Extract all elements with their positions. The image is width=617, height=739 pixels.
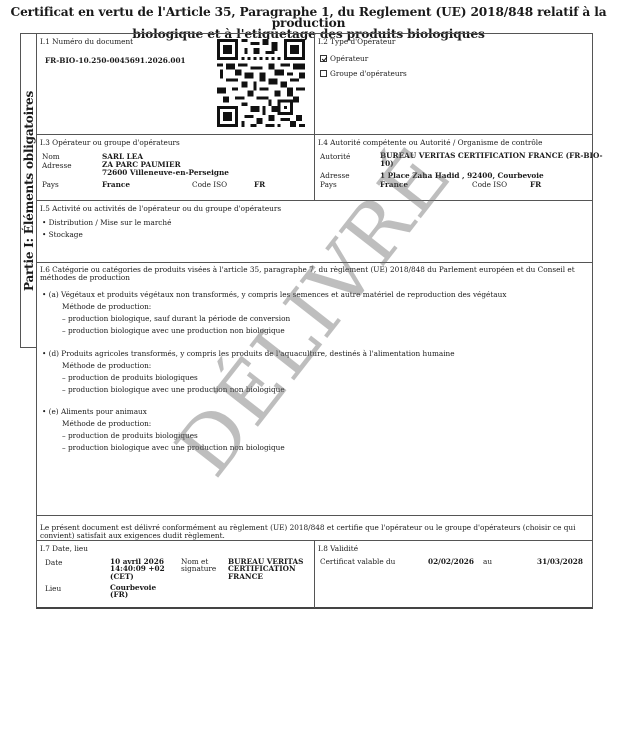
category-d-method-label: Méthode de production: (62, 361, 151, 370)
authority-name-line2: 10) (380, 160, 603, 168)
authority-address: 1 Place Zaha Hadid , 92400, Courbevoie (380, 171, 544, 180)
category-e-method-label: Méthode de production: (62, 419, 151, 428)
operator-address-line2: 72600 Villeneuve-en-Perseigne (102, 169, 229, 177)
section-i7: I.7 Date, lieu Date 10 avril 2026 14:40:… (37, 541, 315, 608)
issue-date: 10 avril 2026 14:40:09 +02 (CET) (110, 558, 165, 580)
activity-item: • Distribution / Mise sur le marché (42, 218, 171, 227)
category-d-title: • (d) Produits agricoles transformés, y … (42, 349, 455, 358)
part-i-sidebar: Partie I: Éléments obligatoires (20, 33, 36, 348)
category-e-method: – production de produits biologiques (62, 431, 198, 440)
section-i3: I.3 Opérateur ou groupe d'opérateurs Nom… (37, 135, 315, 201)
section-i6-heading: I.6 Catégorie ou catégories de produits … (40, 266, 575, 281)
autorite-label: Autorité (320, 152, 350, 161)
statement-text: Le présent document est délivré conformé… (40, 524, 575, 539)
authority-iso-label: Code ISO (472, 180, 507, 189)
category-d-method: – production de produits biologiques (62, 373, 198, 382)
authority-country: France (380, 180, 408, 189)
category-e-title: • (e) Aliments pour animaux (42, 407, 147, 416)
category-a-method-label: Méthode de production: (62, 302, 151, 311)
category-a-title: • (a) Végétaux et produits végétaux non … (42, 290, 506, 299)
document-number: FR-BIO-10.250-0045691.2026.001 (45, 56, 186, 65)
validity-to: 31/03/2028 (537, 557, 583, 566)
section-i2: I.2 Type d'Opérateur Opérateur Groupe d'… (315, 34, 592, 135)
checkbox-unchecked-icon[interactable] (320, 70, 327, 77)
section-i5: I.5 Activité ou activités de l'opérateur… (37, 201, 592, 263)
nom-label: Nom (42, 152, 60, 161)
category-a-method: – production biologique avec une product… (62, 326, 285, 335)
section-i6: I.6 Catégorie ou catégories de produits … (37, 263, 592, 516)
lieu-country: (FR) (110, 591, 156, 598)
operator-checkbox-option[interactable]: Opérateur (320, 54, 368, 63)
category-a-method: – production biologique, sauf durant la … (62, 314, 290, 323)
certificate-table: I.1 Numéro du document FR-BIO-10.250-004… (36, 33, 593, 609)
issue-tz-line: (CET) (110, 573, 165, 580)
operator-country: France (102, 180, 130, 189)
authority-name-line1: BUREAU VERITAS CERTIFICATION FRANCE (FR-… (380, 152, 603, 160)
category-d-method: – production biologique avec une product… (62, 385, 285, 394)
signature-label: Nom et signature (181, 558, 216, 573)
date-label: Date (45, 558, 62, 567)
activity-item: • Stockage (42, 230, 83, 239)
section-i5-heading: I.5 Activité ou activités de l'opérateur… (40, 204, 281, 213)
operator-option-label: Opérateur (330, 54, 368, 63)
section-i7-heading: I.7 Date, lieu (40, 544, 88, 553)
operator-group-option-label: Groupe d'opérateurs (330, 69, 407, 78)
section-i8-heading: I.8 Validité (318, 544, 358, 553)
adresse-label: Adresse (42, 161, 72, 170)
signature-line3: FRANCE (228, 573, 303, 580)
checkbox-checked-icon[interactable] (320, 55, 327, 62)
section-i1: I.1 Numéro du document FR-BIO-10.250-004… (37, 34, 315, 135)
signature-value: BUREAU VERITAS CERTIFICATION FRANCE (228, 558, 303, 580)
lieu-value: Courbevoie (FR) (110, 584, 156, 599)
conformity-statement: Le présent document est délivré conformé… (37, 516, 592, 541)
validity-au-label: au (483, 557, 492, 566)
section-i4-heading: I.4 Autorité compétente ou Autorité / Or… (318, 138, 542, 147)
validity-label: Certificat valable du (320, 557, 395, 566)
category-e-method: – production biologique avec une product… (62, 443, 285, 452)
section-i1-heading: I.1 Numéro du document (40, 37, 133, 46)
operator-iso: FR (254, 180, 265, 189)
section-i3-heading: I.3 Opérateur ou groupe d'opérateurs (40, 138, 180, 147)
authority-name: BUREAU VERITAS CERTIFICATION FRANCE (FR-… (380, 152, 603, 167)
pays-label: Pays (42, 180, 59, 189)
signature-label-line2: signature (181, 565, 216, 572)
section-i2-heading: I.2 Type d'Opérateur (318, 37, 395, 46)
title-line-1: Certificat en vertu de l'Article 35, Par… (0, 7, 617, 29)
lieu-label: Lieu (45, 584, 61, 593)
authority-pays-label: Pays (320, 180, 337, 189)
section-i6-heading-line2: méthodes de production (40, 274, 575, 282)
statement-line2: convient) satisfait aux exigences dudit … (40, 532, 575, 540)
authority-adresse-label: Adresse (320, 171, 350, 180)
operator-group-checkbox-option[interactable]: Groupe d'opérateurs (320, 69, 407, 78)
sidebar-label: Partie I: Éléments obligatoires (22, 90, 36, 290)
operator-address: ZA PARC PAUMIER 72600 Villeneuve-en-Pers… (102, 161, 229, 177)
qr-code-icon (217, 39, 305, 127)
authority-iso: FR (530, 180, 541, 189)
validity-from: 02/02/2026 (428, 557, 474, 566)
section-i4: I.4 Autorité compétente ou Autorité / Or… (315, 135, 592, 201)
iso-label: Code ISO (192, 180, 227, 189)
section-i8: I.8 Validité Certificat valable du 02/02… (315, 541, 592, 608)
